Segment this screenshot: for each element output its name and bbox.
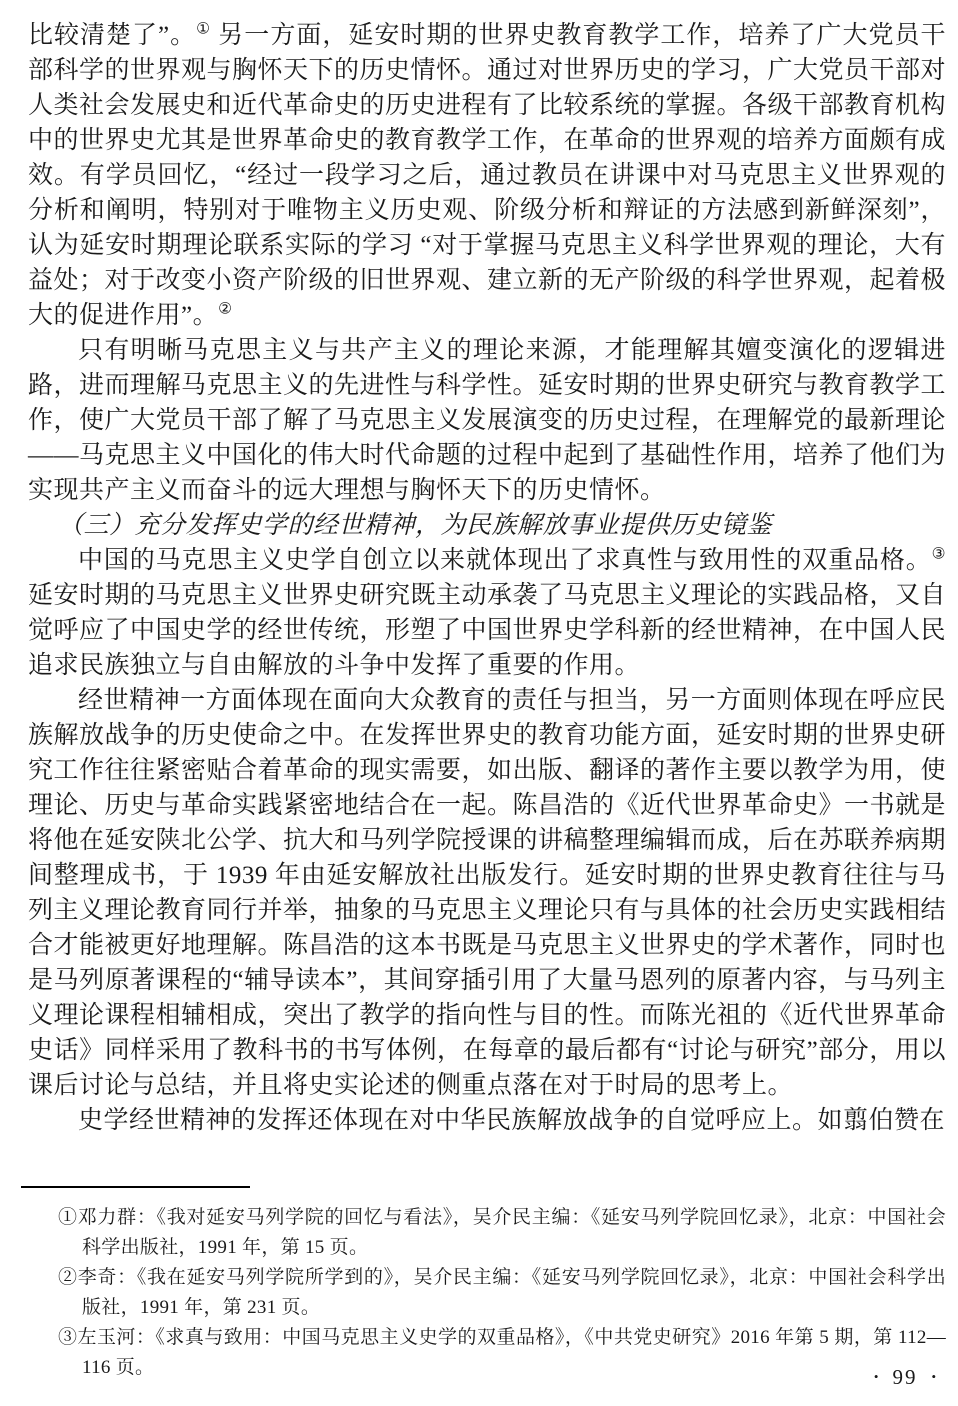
paragraph: 经世精神一方面体现在面向大众教育的责任与担当，另一方面则体现在呼应民族解放战争的… xyxy=(28,683,946,1103)
document-page: 比较清楚了”。① 另一方面，延安时期的世界史教育教学工作，培养了广大党员干部科学… xyxy=(0,0,958,1406)
section-heading: （三）充分发挥史学的经世精神，为民族解放事业提供历史镜鉴 xyxy=(28,508,946,543)
page-number-left-dot: • xyxy=(874,1369,879,1384)
page-number: •99• xyxy=(874,1365,936,1390)
footnote-item: ①邓力群：《我对延安马列学院的回忆与看法》，吴介民主编：《延安马列学院回忆录》，… xyxy=(28,1203,946,1263)
paragraph: 中国的马克思主义史学自创立以来就体现出了求真性与致用性的双重品格。③延安时期的马… xyxy=(28,543,946,683)
footnotes: ①邓力群：《我对延安马列学院的回忆与看法》，吴介民主编：《延安马列学院回忆录》，… xyxy=(28,1203,946,1383)
page-number-right-dot: • xyxy=(931,1369,936,1384)
footnote-ref-marker: ③ xyxy=(932,546,946,563)
article-body: 比较清楚了”。① 另一方面，延安时期的世界史教育教学工作，培养了广大党员干部科学… xyxy=(28,18,946,1138)
paragraph: 只有明晰马克思主义与共产主义的理论来源，才能理解其嬗变演化的逻辑进路，进而理解马… xyxy=(28,333,946,508)
footnote-ref-marker: ② xyxy=(218,301,232,318)
footnote-separator xyxy=(21,1186,250,1188)
footnote-item: ②李奇：《我在延安马列学院所学到的》，吴介民主编：《延安马列学院回忆录》，北京：… xyxy=(28,1263,946,1323)
paragraph: 比较清楚了”。① 另一方面，延安时期的世界史教育教学工作，培养了广大党员干部科学… xyxy=(28,18,946,333)
paragraph: 史学经世精神的发挥还体现在对中华民族解放战争的自觉呼应上。如翦伯赞在 xyxy=(28,1103,946,1138)
page-number-value: 99 xyxy=(892,1365,917,1389)
footnote-item: ③左玉河：《求真与致用：中国马克思主义史学的双重品格》，《中共党史研究》2016… xyxy=(28,1323,946,1383)
footnote-ref-marker: ① xyxy=(196,21,211,38)
